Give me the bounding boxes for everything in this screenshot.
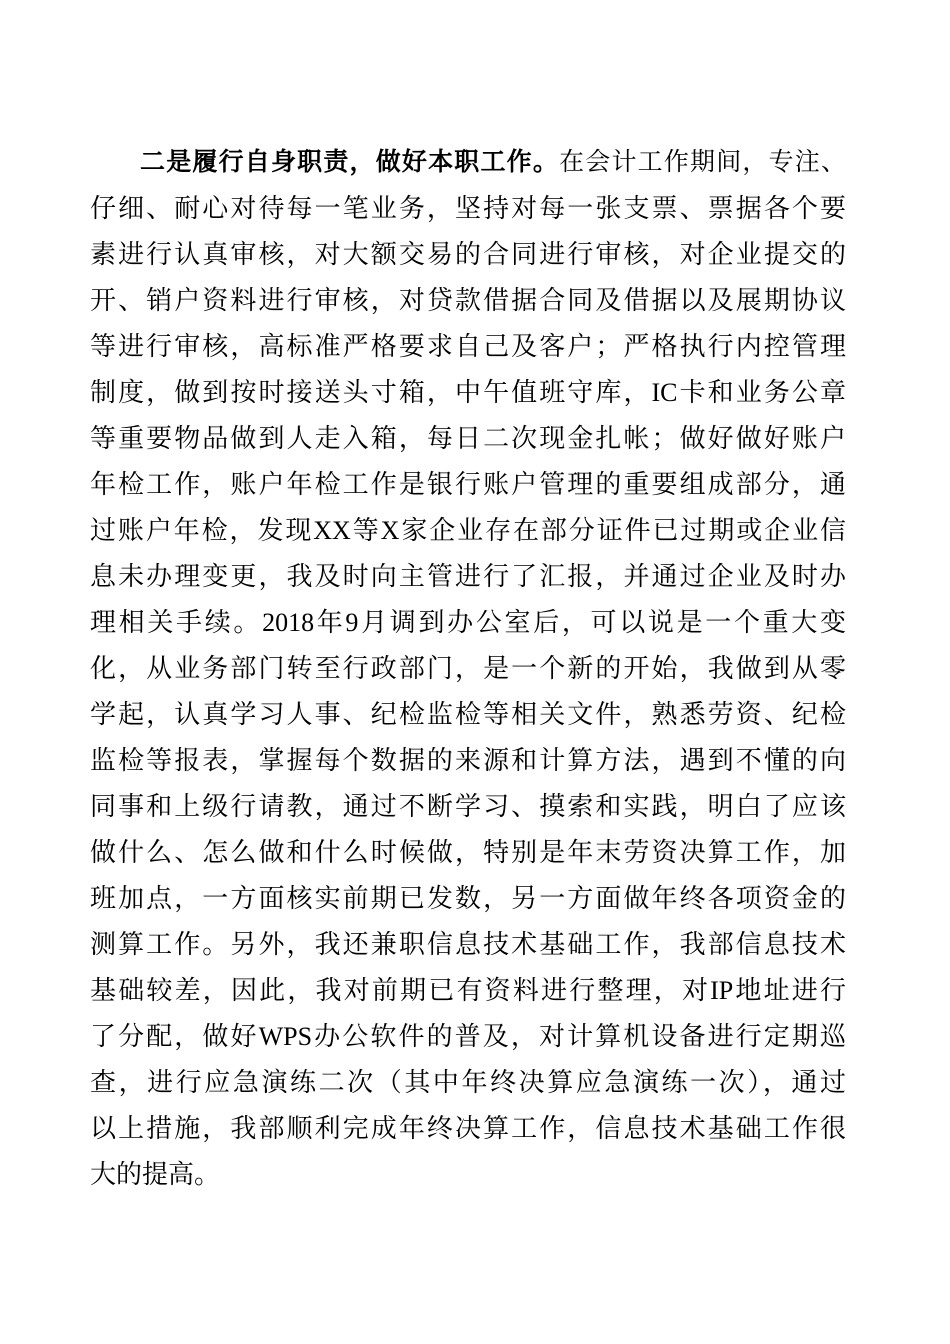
paragraph-line: 测算工作。另外，我还兼职信息技术基础工作，我部信息技术 xyxy=(90,922,846,968)
paragraph-line: 化，从业务部门转至行政部门，是一个新的开始，我做到从零 xyxy=(90,646,846,692)
paragraph-line-first: 二是履行自身职责，做好本职工作。在会计工作期间，专注、 xyxy=(90,140,846,186)
paragraph-line: 基础较差，因此，我对前期已有资料进行整理，对IP地址进行 xyxy=(90,968,846,1014)
paragraph-line: 等进行审核，高标准严格要求自己及客户；严格执行内控管理 xyxy=(90,324,846,370)
paragraph-line: 息未办理变更，我及时向主管进行了汇报，并通过企业及时办 xyxy=(90,554,846,600)
paragraph-line: 学起，认真学习人事、纪检监检等相关文件，熟悉劳资、纪检 xyxy=(90,692,846,738)
document-page: 二是履行自身职责，做好本职工作。在会计工作期间，专注、 仔细、耐心对待每一笔业务… xyxy=(0,0,950,1344)
paragraph-line: 同事和上级行请教，通过不断学习、摸索和实践，明白了应该 xyxy=(90,784,846,830)
paragraph-line: 过账户年检，发现XX等X家企业存在部分证件已过期或企业信 xyxy=(90,508,846,554)
paragraph-line: 了分配，做好WPS办公软件的普及，对计算机设备进行定期巡 xyxy=(90,1014,846,1060)
paragraph-first-line-rest: 在会计工作期间，专注、 xyxy=(559,149,846,176)
paragraph-line: 年检工作，账户年检工作是银行账户管理的重要组成部分，通 xyxy=(90,462,846,508)
paragraph-lines: 仔细、耐心对待每一笔业务，坚持对每一张支票、票据各个要素进行认真审核，对大额交易… xyxy=(90,186,846,1198)
paragraph-line: 等重要物品做到人走入箱，每日二次现金扎帐；做好做好账户 xyxy=(90,416,846,462)
paragraph-line: 仔细、耐心对待每一笔业务，坚持对每一张支票、票据各个要 xyxy=(90,186,846,232)
paragraph-line: 做什么、怎么做和什么时候做，特别是年末劳资决算工作，加 xyxy=(90,830,846,876)
paragraph-line: 大的提高。 xyxy=(90,1152,846,1198)
paragraph-line: 理相关手续。2018年9月调到办公室后，可以说是一个重大变 xyxy=(90,600,846,646)
paragraph-line: 开、销户资料进行审核，对贷款借据合同及借据以及展期协议 xyxy=(90,278,846,324)
paragraph-line: 监检等报表，掌握每个数据的来源和计算方法，遇到不懂的向 xyxy=(90,738,846,784)
body-paragraph: 二是履行自身职责，做好本职工作。在会计工作期间，专注、 仔细、耐心对待每一笔业务… xyxy=(90,140,846,1198)
paragraph-line: 制度，做到按时接送头寸箱，中午值班守库，IC卡和业务公章 xyxy=(90,370,846,416)
paragraph-line: 查，进行应急演练二次（其中年终决算应急演练一次），通过 xyxy=(90,1060,846,1106)
paragraph-line: 素进行认真审核，对大额交易的合同进行审核，对企业提交的 xyxy=(90,232,846,278)
paragraph-lead-bold: 二是履行自身职责，做好本职工作。 xyxy=(140,149,559,176)
paragraph-line: 以上措施，我部顺利完成年终决算工作，信息技术基础工作很 xyxy=(90,1106,846,1152)
paragraph-line: 班加点，一方面核实前期已发数，另一方面做年终各项资金的 xyxy=(90,876,846,922)
